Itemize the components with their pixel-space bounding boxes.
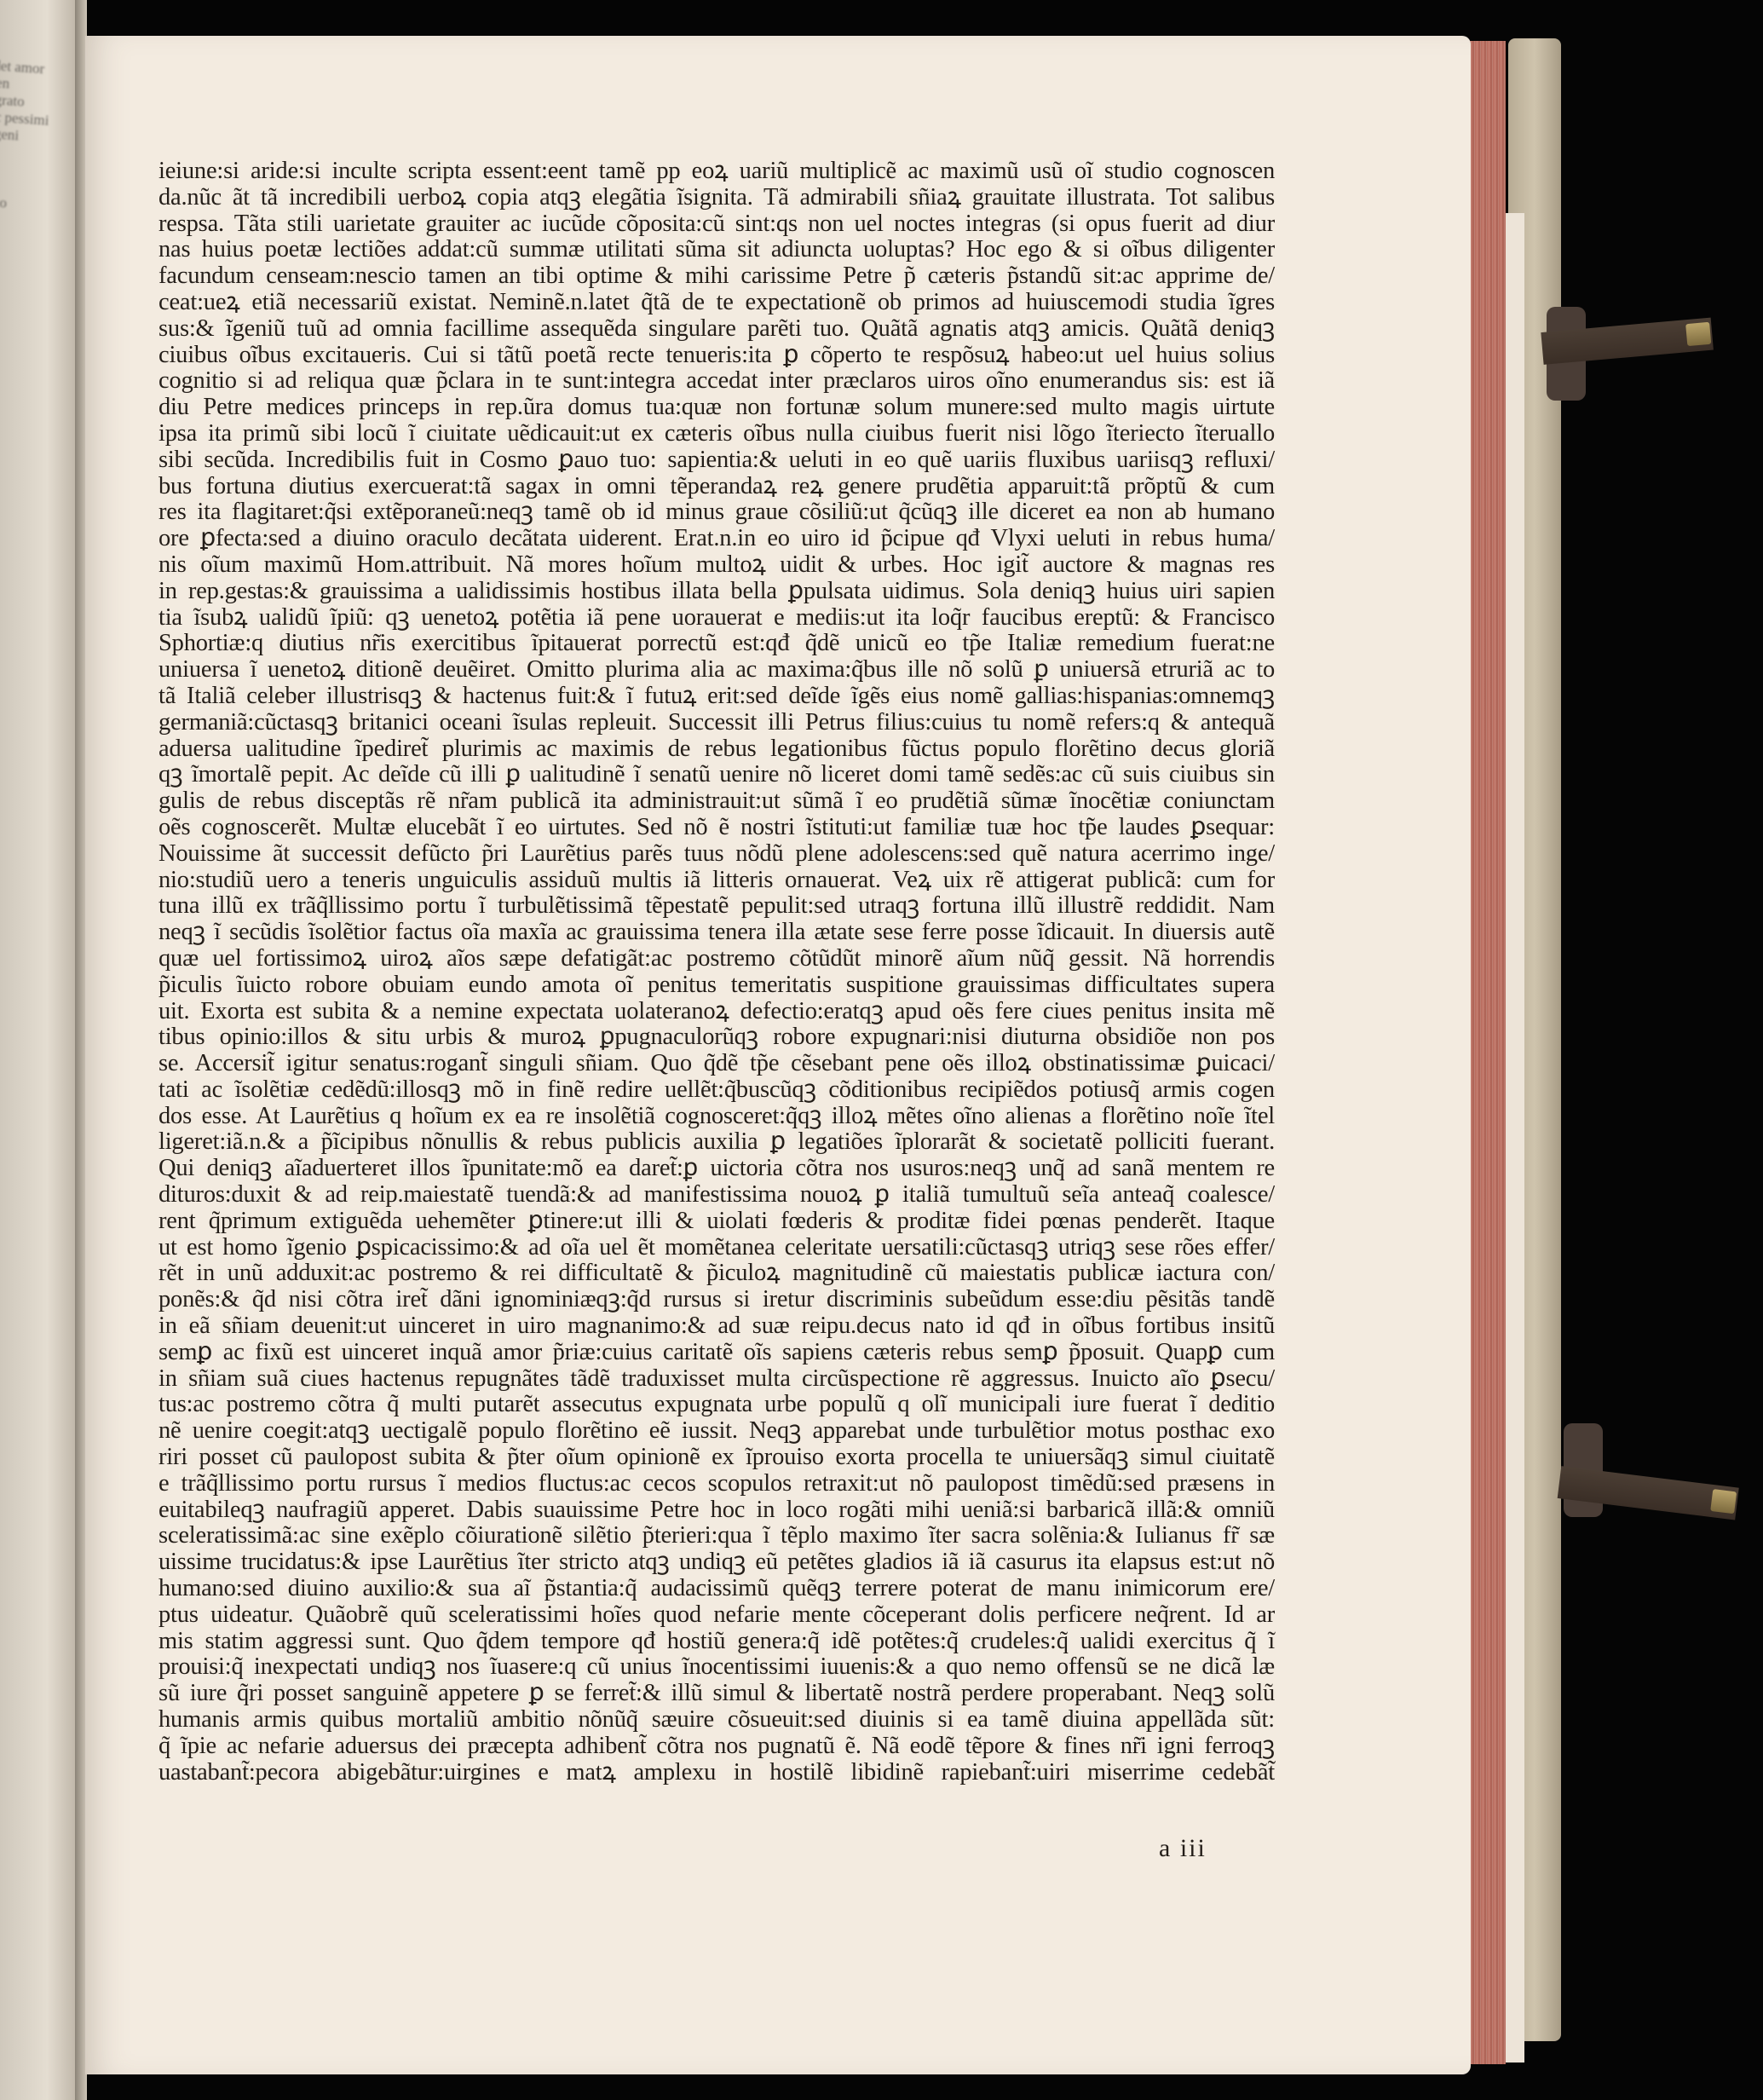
text-line: sũ iure q̃ri posset sanguinẽ appetere ꝑ … (158, 1681, 1275, 1707)
text-line: uastabant̃:pecora abigebãtur:uirgines e … (158, 1760, 1275, 1786)
text-line: nas huius poetæ lectiões addat:cũ summæ … (158, 237, 1275, 263)
text-line: dos esse. At Laurẽtius q hoĩum ex ea re … (158, 1104, 1275, 1130)
text-line: ut est homo ĩgenio ꝑspicacissimo:& ad oĩ… (158, 1235, 1275, 1261)
text-line: germaniã:cũctasqꝫ britanici oceani ĩsula… (158, 710, 1275, 736)
text-line: sceleratissimã:ac sine exẽplo cõiuration… (158, 1523, 1275, 1549)
text-line: e trãq̃llissimo portu rursus ĩ medios fl… (158, 1471, 1275, 1497)
text-line: Qui deniqꝫ aĩaduerteret illos ĩpunitate:… (158, 1156, 1275, 1182)
text-line: mis statim aggressi sunt. Quo q̃dem temp… (158, 1629, 1275, 1655)
text-line: se. Accersit̃ igitur senatus:rogant̃ sin… (158, 1051, 1275, 1077)
facing-page-text: pendet amor eo pen hist grato Maec pessi… (0, 55, 78, 268)
text-line: Nouissime ãt successit defũcto p̃ri Laur… (158, 841, 1275, 868)
text-line: diu Petre medices princeps in rep.ũra do… (158, 395, 1275, 421)
text-line: in sñiam suã ciues hactenus repugnãtes t… (158, 1366, 1275, 1393)
text-line: semꝑ ac fixũ est uinceret inquã amor p̃r… (158, 1340, 1275, 1366)
text-line: aduersa ualitudine ĩpediret̃ plurimis ac… (158, 736, 1275, 763)
text-line: res ita flagitaret:q̃si extẽporaneũ:neqꝫ… (158, 499, 1275, 526)
text-line: ciuibus oĩbus excitaueris. Cui si tãtũ p… (158, 343, 1275, 369)
text-line: oẽs cognoscerẽt. Multæ elucebãt ĩ eo uir… (158, 815, 1275, 841)
text-line: rent q̃primum extiguẽda uehemẽter ꝑtiner… (158, 1209, 1275, 1235)
text-line: sibi secũda. Incredibilis fuit in Cosmo … (158, 447, 1275, 474)
text-line: qꝫ ĩmortalẽ pepit. Ac deĩde cũ illi ꝑ ua… (158, 762, 1275, 788)
text-line: ptus uideatur. Quãobrẽ quũ sceleratissim… (158, 1602, 1275, 1629)
text-line: ore ꝑfecta:sed a diuino oraculo decãtata… (158, 526, 1275, 552)
text-line: bus fortuna diutius exercuerat:tã sagax … (158, 474, 1275, 500)
text-line: ceat:ueꝝ etiã necessariũ existat. Neminẽ… (158, 290, 1275, 316)
text-line: dituros:duxit & ad reip.maiestatẽ tuendã… (158, 1182, 1275, 1209)
text-line: respsa. Tãta stili uarietate grauiter ac… (158, 211, 1275, 238)
text-line: sus:& ĩgeniũ tuũ ad omnia facillime asse… (158, 316, 1275, 343)
text-line: rẽt in unũ adduxit:ac postremo & rei dif… (158, 1261, 1275, 1287)
text-line: quæ uel fortissimoꝝ uiroꝝ aĩos sæpe defa… (158, 946, 1275, 972)
text-line: nẽ uenire coegit:atqꝫ uectigalẽ populo f… (158, 1418, 1275, 1445)
text-line: nis oĩum maximũ Hom.attribuit. Nã mores … (158, 552, 1275, 579)
text-line: uit. Exorta est subita & a nemine expect… (158, 999, 1275, 1025)
text-line: tibus opinio:illos & situ urbis & muroꝝ … (158, 1024, 1275, 1051)
text-line: euitabileqꝫ naufragiũ apperet. Dabis sua… (158, 1497, 1275, 1524)
text-line: uissime trucidatus:& ipse Laurẽtius ĩter… (158, 1549, 1275, 1576)
text-line: ponẽs:& q̃d nisi cõtra iret̃ dãni ignomi… (158, 1287, 1275, 1313)
text-line: da.nũc ãt tã incredibili uerboꝝ copia at… (158, 185, 1275, 211)
facing-page-edge: pendet amor eo pen hist grato Maec pessi… (0, 0, 78, 2100)
text-line: neqꝫ ĩ secũdis ĩsolẽtior factus oĩa maxĩ… (158, 920, 1275, 946)
text-line: humanis armis quibus mortaliũ ambitio nõ… (158, 1707, 1275, 1734)
page-text-block: ieiune:si aride:si inculte scripta essen… (158, 159, 1275, 1786)
endpaper-edge (1506, 213, 1524, 2062)
text-line: tia ĩsubꝝ ualidũ ĩpiũ: qꝫ uenetoꝝ potẽti… (158, 605, 1275, 632)
text-line: prouisi:q̃ inexpectati undiqꝫ nos ĩuaser… (158, 1654, 1275, 1681)
text-line: humano:sed diuino auxilio:& sua aĩ p̃sta… (158, 1576, 1275, 1602)
text-line: cognitio si ad reliqua quæ p̃clara in te… (158, 368, 1275, 395)
text-line: riri posset cũ paulopost subita & p̃ter … (158, 1445, 1275, 1471)
signature-mark: a iii (1159, 1834, 1207, 1863)
text-line: tã Italiã celeber illustrisqꝫ & hactenus… (158, 684, 1275, 710)
text-line: uniuersa ĩ uenetoꝝ ditionẽ deuẽiret. Omi… (158, 657, 1275, 684)
text-line: p̃iculis ĩuicto robore obuiam eundo amot… (158, 972, 1275, 999)
clasp-brass-catch-icon (1685, 322, 1711, 346)
text-line: gulis de rebus disceptãs rẽ nr̃am public… (158, 788, 1275, 815)
text-line: nio:studiũ uero a teneris unguiculis ass… (158, 868, 1275, 894)
text-line: in rep.gestas:& grauissima a ualidissimi… (158, 579, 1275, 605)
text-line: Sphortiæ:q diutius nr̃is exercitibus ĩpi… (158, 631, 1275, 657)
text-line: in eã sñiam deuenit:ut uinceret in uiro … (158, 1313, 1275, 1340)
text-line: q̃ ĩpie ac nefarie aduersus dei præcepta… (158, 1734, 1275, 1760)
clasp-brass-catch-icon (1710, 1489, 1737, 1514)
text-line: ieiune:si aride:si inculte scripta essen… (158, 159, 1275, 185)
text-line: facundum censeam:nescio tamen an tibi op… (158, 263, 1275, 290)
text-line: tus:ac postremo cõtra q̃ multi putarẽt a… (158, 1392, 1275, 1418)
text-line: tuna illũ ex trãq̃llissimo portu ĩ turbu… (158, 893, 1275, 920)
text-line: tati ac ĩsolẽtiæ cedẽdũ:illosqꝫ mõ in fi… (158, 1077, 1275, 1104)
text-line: ligeret:iã.n.& a p̃ĩcipibus nõnullis & r… (158, 1129, 1275, 1156)
text-line: ipsa ita primũ sibi locũ ĩ ciuitate uẽdi… (158, 421, 1275, 447)
